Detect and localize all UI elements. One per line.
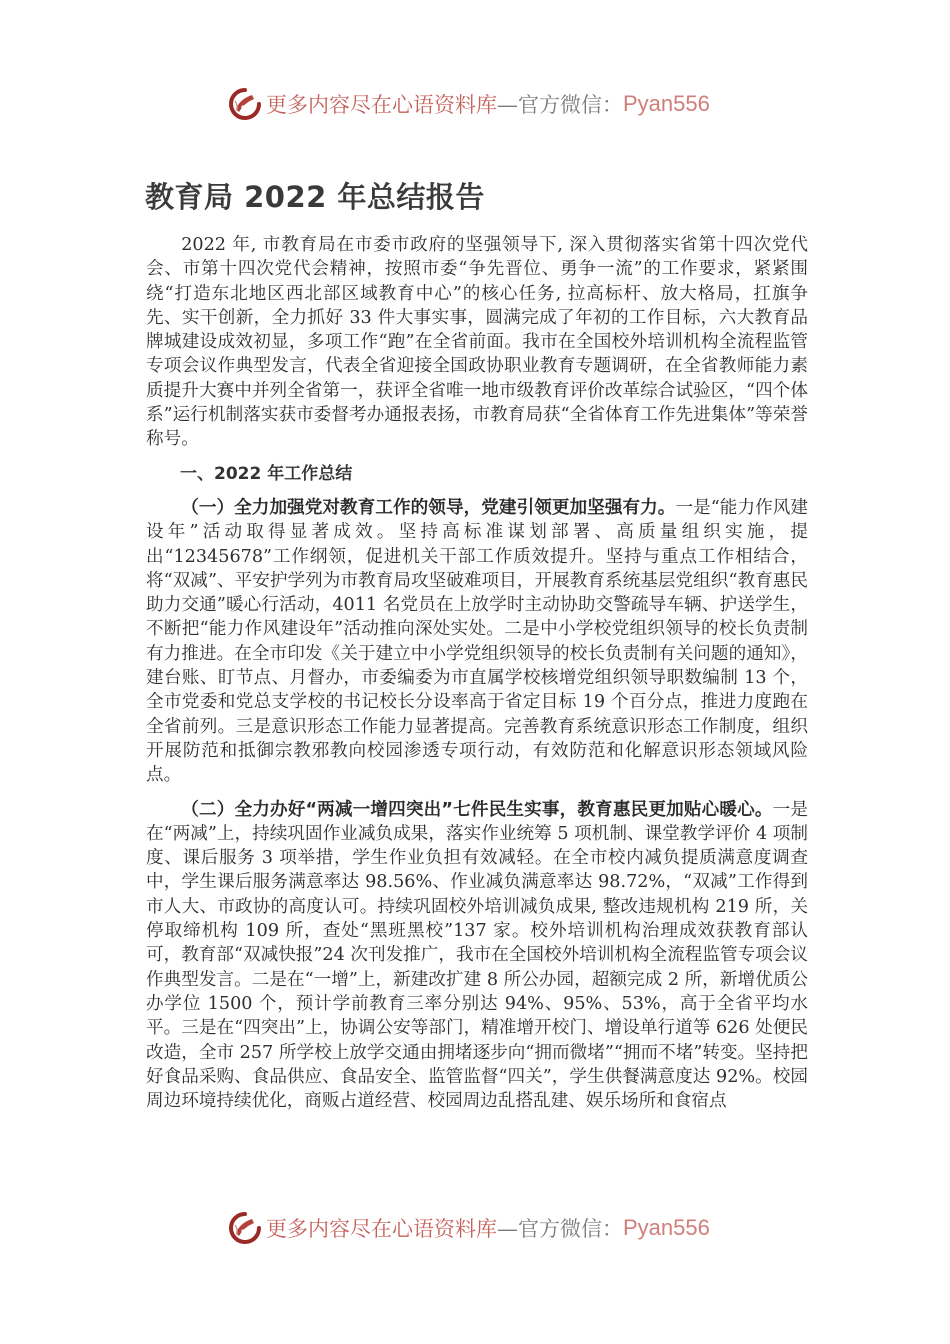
subsection-1-heading: （一）全力加强党对教育工作的领导，党建引领更加坚强有力。 [181, 498, 675, 518]
intro-paragraph: 2022 年, 市教育局在市委市政府的坚强领导下, 深入贯彻落实省第十四次党代会… [146, 233, 808, 452]
document-title: 教育局 2022 年总结报告 [145, 175, 485, 216]
subsection-1-body: 一是“能力作风建设年”活动取得显著成效。坚持高标准谋划部署、高质量组织实施，提出… [146, 498, 808, 785]
pen-nib-circle-icon [228, 1211, 262, 1245]
subsection-1-paragraph: （一）全力加强党对教育工作的领导，党建引领更加坚强有力。一是“能力作风建设年”活… [146, 496, 808, 788]
section-heading: 一、2022 年工作总结 [146, 462, 808, 486]
pen-nib-circle-icon [228, 87, 262, 121]
subsection-2-body: 一是在“两减”上，持续巩固作业减负成果，落实作业统筹 5 项机制、课堂教学评价 … [146, 800, 808, 1112]
subsection-2-heading: （二）全力办好“两减一增四突出”七件民生实事，教育惠民更加贴心暖心。 [181, 800, 772, 820]
watermark-site-text: 更多内容尽在心语资料库 [266, 1213, 497, 1243]
header-watermark: 更多内容尽在心语资料库—官方微信：Pyan556 [228, 84, 710, 124]
watermark-site-text: 更多内容尽在心语资料库 [266, 89, 497, 119]
watermark-wechat-id: Pyan556 [623, 1215, 710, 1241]
watermark-wechat-label: —官方微信： [497, 1213, 623, 1243]
subsection-2-paragraph: （二）全力办好“两减一增四突出”七件民生实事，教育惠民更加贴心暖心。一是在“两减… [146, 798, 808, 1114]
watermark-wechat-id: Pyan556 [623, 91, 710, 117]
footer-watermark: 更多内容尽在心语资料库—官方微信：Pyan556 [228, 1208, 710, 1248]
document-body: 2022 年, 市教育局在市委市政府的坚强领导下, 深入贯彻落实省第十四次党代会… [146, 233, 808, 1113]
watermark-wechat-label: —官方微信： [497, 89, 623, 119]
